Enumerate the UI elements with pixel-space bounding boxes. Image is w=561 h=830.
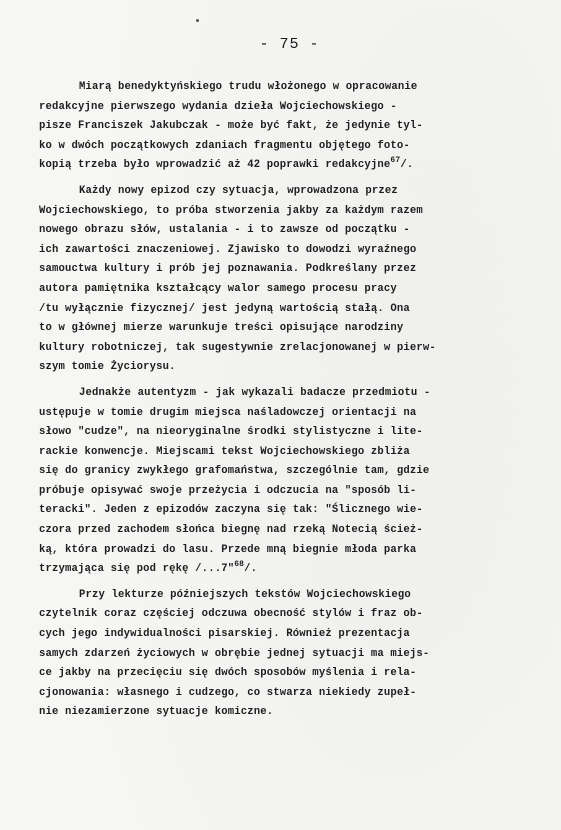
footnote-suffix: /. bbox=[400, 159, 413, 171]
footnote-marker: 67 bbox=[390, 156, 400, 165]
text-line: to w głównej mierze warunkuje treści opi… bbox=[39, 319, 539, 339]
text-line: ko w dwóch początkowych zdaniach fragmen… bbox=[39, 137, 539, 157]
text-line: próbuje opisywać swoje przeżycia i odczu… bbox=[39, 482, 539, 502]
text-line: szym tomie Życiorysu. bbox=[39, 358, 539, 378]
text-line: czytelnik coraz częściej odczuwa obecnoś… bbox=[39, 605, 539, 625]
text-line: kultury robotniczej, tak sugestywnie zre… bbox=[39, 339, 539, 359]
text-line: rackie konwencje. Miejscami tekst Wojcie… bbox=[39, 443, 539, 463]
text-line: nowego obrazu słów, ustalania - i to zaw… bbox=[39, 221, 539, 241]
text-line: ce jakby na przecięciu się dwóch sposobó… bbox=[39, 664, 539, 684]
footnote-marker: 68 bbox=[234, 560, 244, 569]
text-line: Każdy nowy epizod czy sytuacja, wprowadz… bbox=[39, 182, 539, 202]
paragraph: Miarą benedyktyńskiego trudu włożonego w… bbox=[39, 78, 539, 176]
text-line: cych jego indywidualności pisarskiej. Ró… bbox=[39, 625, 539, 645]
text-line-with-footnote: trzymająca się pod rękę /...7"68/. bbox=[39, 560, 539, 580]
text-line: pisze Franciszek Jakubczak - może być fa… bbox=[39, 117, 539, 137]
text-line: ustępuje w tomie drugim miejsca naśladow… bbox=[39, 404, 539, 424]
text-line: słowo "cudze", na nieoryginalne środki s… bbox=[39, 423, 539, 443]
document-body: Miarą benedyktyńskiego trudu włożonego w… bbox=[39, 78, 539, 729]
text-line: Wojciechowskiego, to próba stworzenia ja… bbox=[39, 202, 539, 222]
text-line-with-footnote: kopią trzeba było wprowadzić aż 42 popra… bbox=[39, 156, 539, 176]
text-line: autora pamiętnika kształcący walor sameg… bbox=[39, 280, 539, 300]
text-line: samych zdarzeń życiowych w obrębie jedne… bbox=[39, 645, 539, 665]
text-line: cjonowania: własnego i cudzego, co stwar… bbox=[39, 684, 539, 704]
text-line: /tu wyłącznie fizycznej/ jest jedyną war… bbox=[39, 300, 539, 320]
text-line: Jednakże autentyzm - jak wykazali badacz… bbox=[39, 384, 539, 404]
text-line: kopią trzeba było wprowadzić aż 42 popra… bbox=[39, 159, 390, 171]
text-line: redakcyjne pierwszego wydania dzieła Woj… bbox=[39, 98, 539, 118]
text-line: Miarą benedyktyńskiego trudu włożonego w… bbox=[39, 78, 539, 98]
text-line: trzymająca się pod rękę /...7" bbox=[39, 563, 234, 575]
text-line: Przy lekturze późniejszych tekstów Wojci… bbox=[39, 586, 539, 606]
text-line: teracki". Jeden z epizodów zaczyna się t… bbox=[39, 501, 539, 521]
paragraph: Jednakże autentyzm - jak wykazali badacz… bbox=[39, 384, 539, 580]
text-line: czora przed zachodem słońca biegnę nad r… bbox=[39, 521, 539, 541]
text-line: nie niezamierzone sytuacje komiczne. bbox=[39, 703, 539, 723]
footnote-suffix: /. bbox=[244, 563, 257, 575]
paragraph: Każdy nowy epizod czy sytuacja, wprowadz… bbox=[39, 182, 539, 378]
ink-speck bbox=[196, 19, 199, 22]
text-line: ich zawartości znaczeniowej. Zjawisko to… bbox=[39, 241, 539, 261]
paragraph: Przy lekturze późniejszych tekstów Wojci… bbox=[39, 586, 539, 723]
text-line: się do granicy zwykłego grafomaństwa, sz… bbox=[39, 462, 539, 482]
text-line: ką, która prowadzi do lasu. Przede mną b… bbox=[39, 541, 539, 561]
page-number: - 75 - bbox=[0, 36, 561, 53]
document-page: - 75 - Miarą benedyktyńskiego trudu włoż… bbox=[0, 0, 561, 830]
text-line: samouctwa kultury i prób jej poznawania.… bbox=[39, 260, 539, 280]
